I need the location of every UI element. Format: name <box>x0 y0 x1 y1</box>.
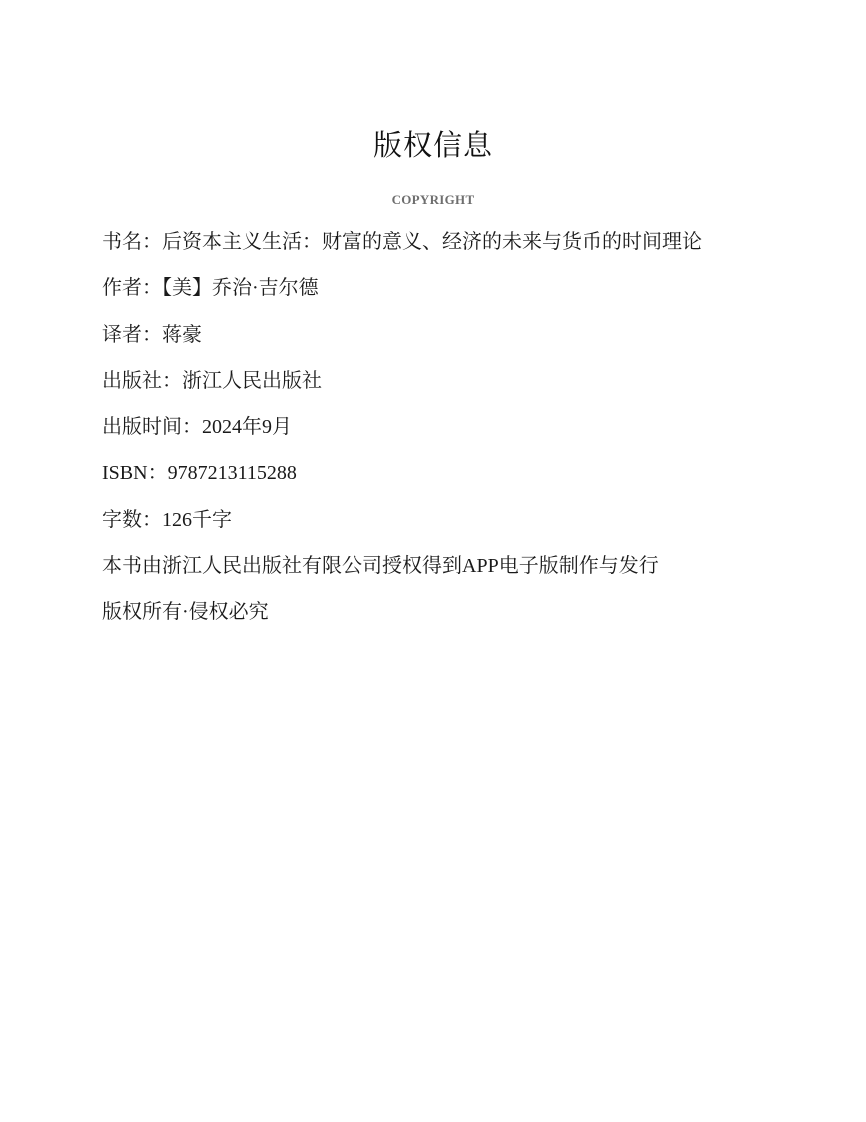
page-title: 版权信息 <box>0 126 866 166</box>
rights-reserved-line: 版权所有·侵权必究 <box>102 597 822 627</box>
copyright-info: 书名：后资本主义生活：财富的意义、经济的未来与货币的时间理论 作者：【美】乔治·… <box>102 227 822 644</box>
word-count-line: 字数：126千字 <box>102 505 822 535</box>
page-subtitle: COPYRIGHT <box>0 191 866 209</box>
author-line: 作者：【美】乔治·吉尔德 <box>102 273 822 303</box>
publish-date-line: 出版时间：2024年9月 <box>102 412 822 442</box>
license-line: 本书由浙江人民出版社有限公司授权得到APP电子版制作与发行 <box>102 551 822 581</box>
copyright-page: 版权信息 COPYRIGHT 书名：后资本主义生活：财富的意义、经济的未来与货币… <box>0 0 866 1122</box>
isbn-line: ISBN：9787213115288 <box>102 458 822 488</box>
publisher-line: 出版社：浙江人民出版社 <box>102 366 822 396</box>
book-title-line: 书名：后资本主义生活：财富的意义、经济的未来与货币的时间理论 <box>102 227 822 257</box>
translator-line: 译者：蒋豪 <box>102 320 822 350</box>
